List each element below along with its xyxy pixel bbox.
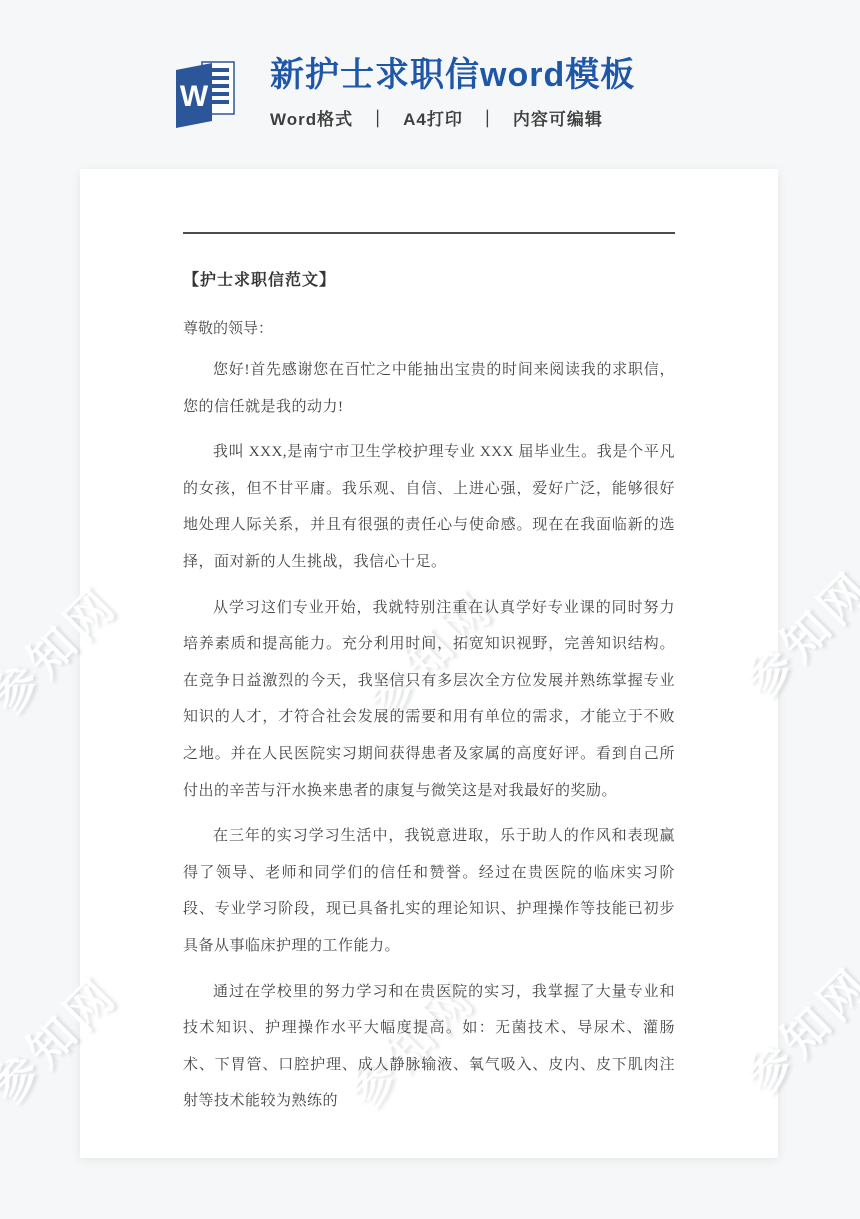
page-canvas: 参知网 参知网 参知网 参知网 参知网 参知网 W 新护士求职信word模板 W…: [0, 0, 860, 1219]
salutation: 尊敬的领导：: [183, 318, 675, 340]
word-icon: W: [170, 56, 238, 136]
template-title: 新护士求职信word模板: [270, 56, 635, 95]
document-heading: 【护士求职信范文】: [183, 270, 675, 292]
svg-text:W: W: [180, 80, 209, 113]
header-text: 新护士求职信word模板 Word格式｜A4打印｜内容可编辑: [270, 56, 635, 130]
document-top-rule: [183, 232, 675, 234]
template-header: W 新护士求职信word模板 Word格式｜A4打印｜内容可编辑: [170, 56, 635, 136]
subtitle-editable: 内容可编辑: [513, 110, 603, 129]
subtitle-word-format: Word格式: [270, 110, 353, 129]
paragraph: 通过在学校里的努力学习和在贵医院的实习，我掌握了大量专业和技术知识、护理操作水平…: [183, 974, 675, 1120]
subtitle-separator: ｜: [479, 105, 497, 130]
subtitle-a4-print: A4打印: [403, 110, 463, 129]
paragraph: 您好!首先感谢您在百忙之中能抽出宝贵的时间来阅读我的求职信，您的信任就是我的动力…: [183, 352, 675, 425]
template-subtitle: Word格式｜A4打印｜内容可编辑: [270, 105, 635, 130]
document-preview-page: 【护士求职信范文】 尊敬的领导： 您好!首先感谢您在百忙之中能抽出宝贵的时间来阅…: [80, 169, 778, 1158]
paragraph: 从学习这们专业开始，我就特别注重在认真学好专业课的同时努力培养素质和提高能力。充…: [183, 590, 675, 810]
paragraph: 我叫 XXX,是南宁市卫生学校护理专业 XXX 届毕业生。我是个平凡的女孩，但不…: [183, 434, 675, 580]
paragraph: 在三年的实习学习生活中，我锐意进取，乐于助人的作风和表现赢得了领导、老师和同学们…: [183, 818, 675, 964]
subtitle-separator: ｜: [369, 105, 387, 130]
